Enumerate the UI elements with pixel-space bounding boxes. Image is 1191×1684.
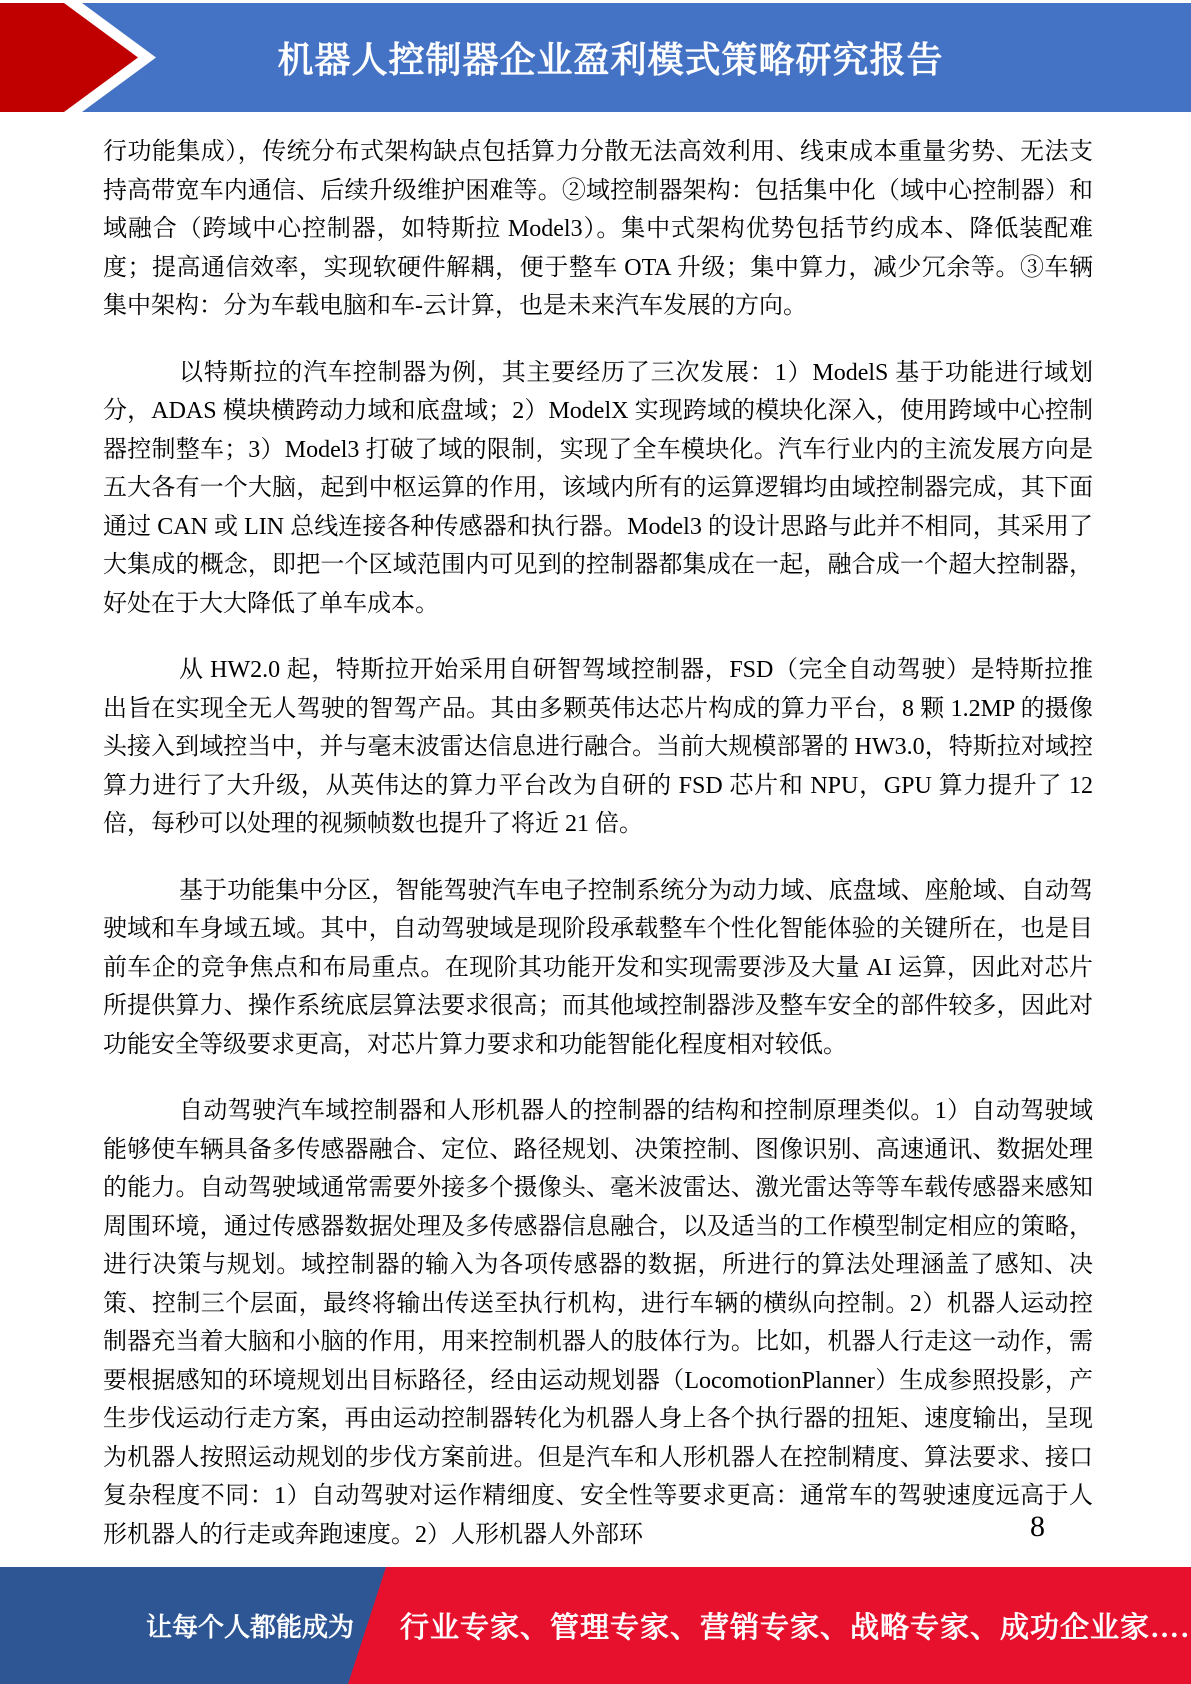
body-paragraph: 从 HW2.0 起，特斯拉开始采用自研智驾域控制器，FSD（完全自动驾驶）是特斯… bbox=[103, 651, 1093, 844]
document-body: 行功能集成），传统分布式架构缺点包括算力分散无法高效利用、线束成本重量劣势、无法… bbox=[103, 133, 1093, 1582]
report-title: 机器人控制器企业盈利模式策略研究报告 bbox=[0, 3, 1191, 112]
footer: 让每个人都能成为 行业专家、管理专家、营销专家、战略专家、成功企业家…… bbox=[0, 1567, 1191, 1684]
body-paragraph: 行功能集成），传统分布式架构缺点包括算力分散无法高效利用、线束成本重量劣势、无法… bbox=[103, 133, 1093, 326]
header-banner: 机器人控制器企业盈利模式策略研究报告 bbox=[0, 3, 1191, 112]
body-paragraph: 基于功能集中分区，智能驾驶汽车电子控制系统分为动力域、底盘域、座舱域、自动驾驶域… bbox=[103, 872, 1093, 1065]
body-paragraph: 以特斯拉的汽车控制器为例，其主要经历了三次发展：1）ModelS 基于功能进行域… bbox=[103, 354, 1093, 624]
footer-left-slogan: 让每个人都能成为 bbox=[146, 1567, 354, 1684]
page-number: 8 bbox=[1030, 1510, 1045, 1544]
report-page: { "header": { "title": "机器人控制器企业盈利模式策略研究… bbox=[0, 0, 1191, 1684]
footer-right-slogan: 行业专家、管理专家、营销专家、战略专家、成功企业家…… bbox=[400, 1567, 1191, 1684]
body-paragraph: 自动驾驶汽车域控制器和人形机器人的控制器的结构和控制原理类似。1）自动驾驶域能够… bbox=[103, 1092, 1093, 1554]
